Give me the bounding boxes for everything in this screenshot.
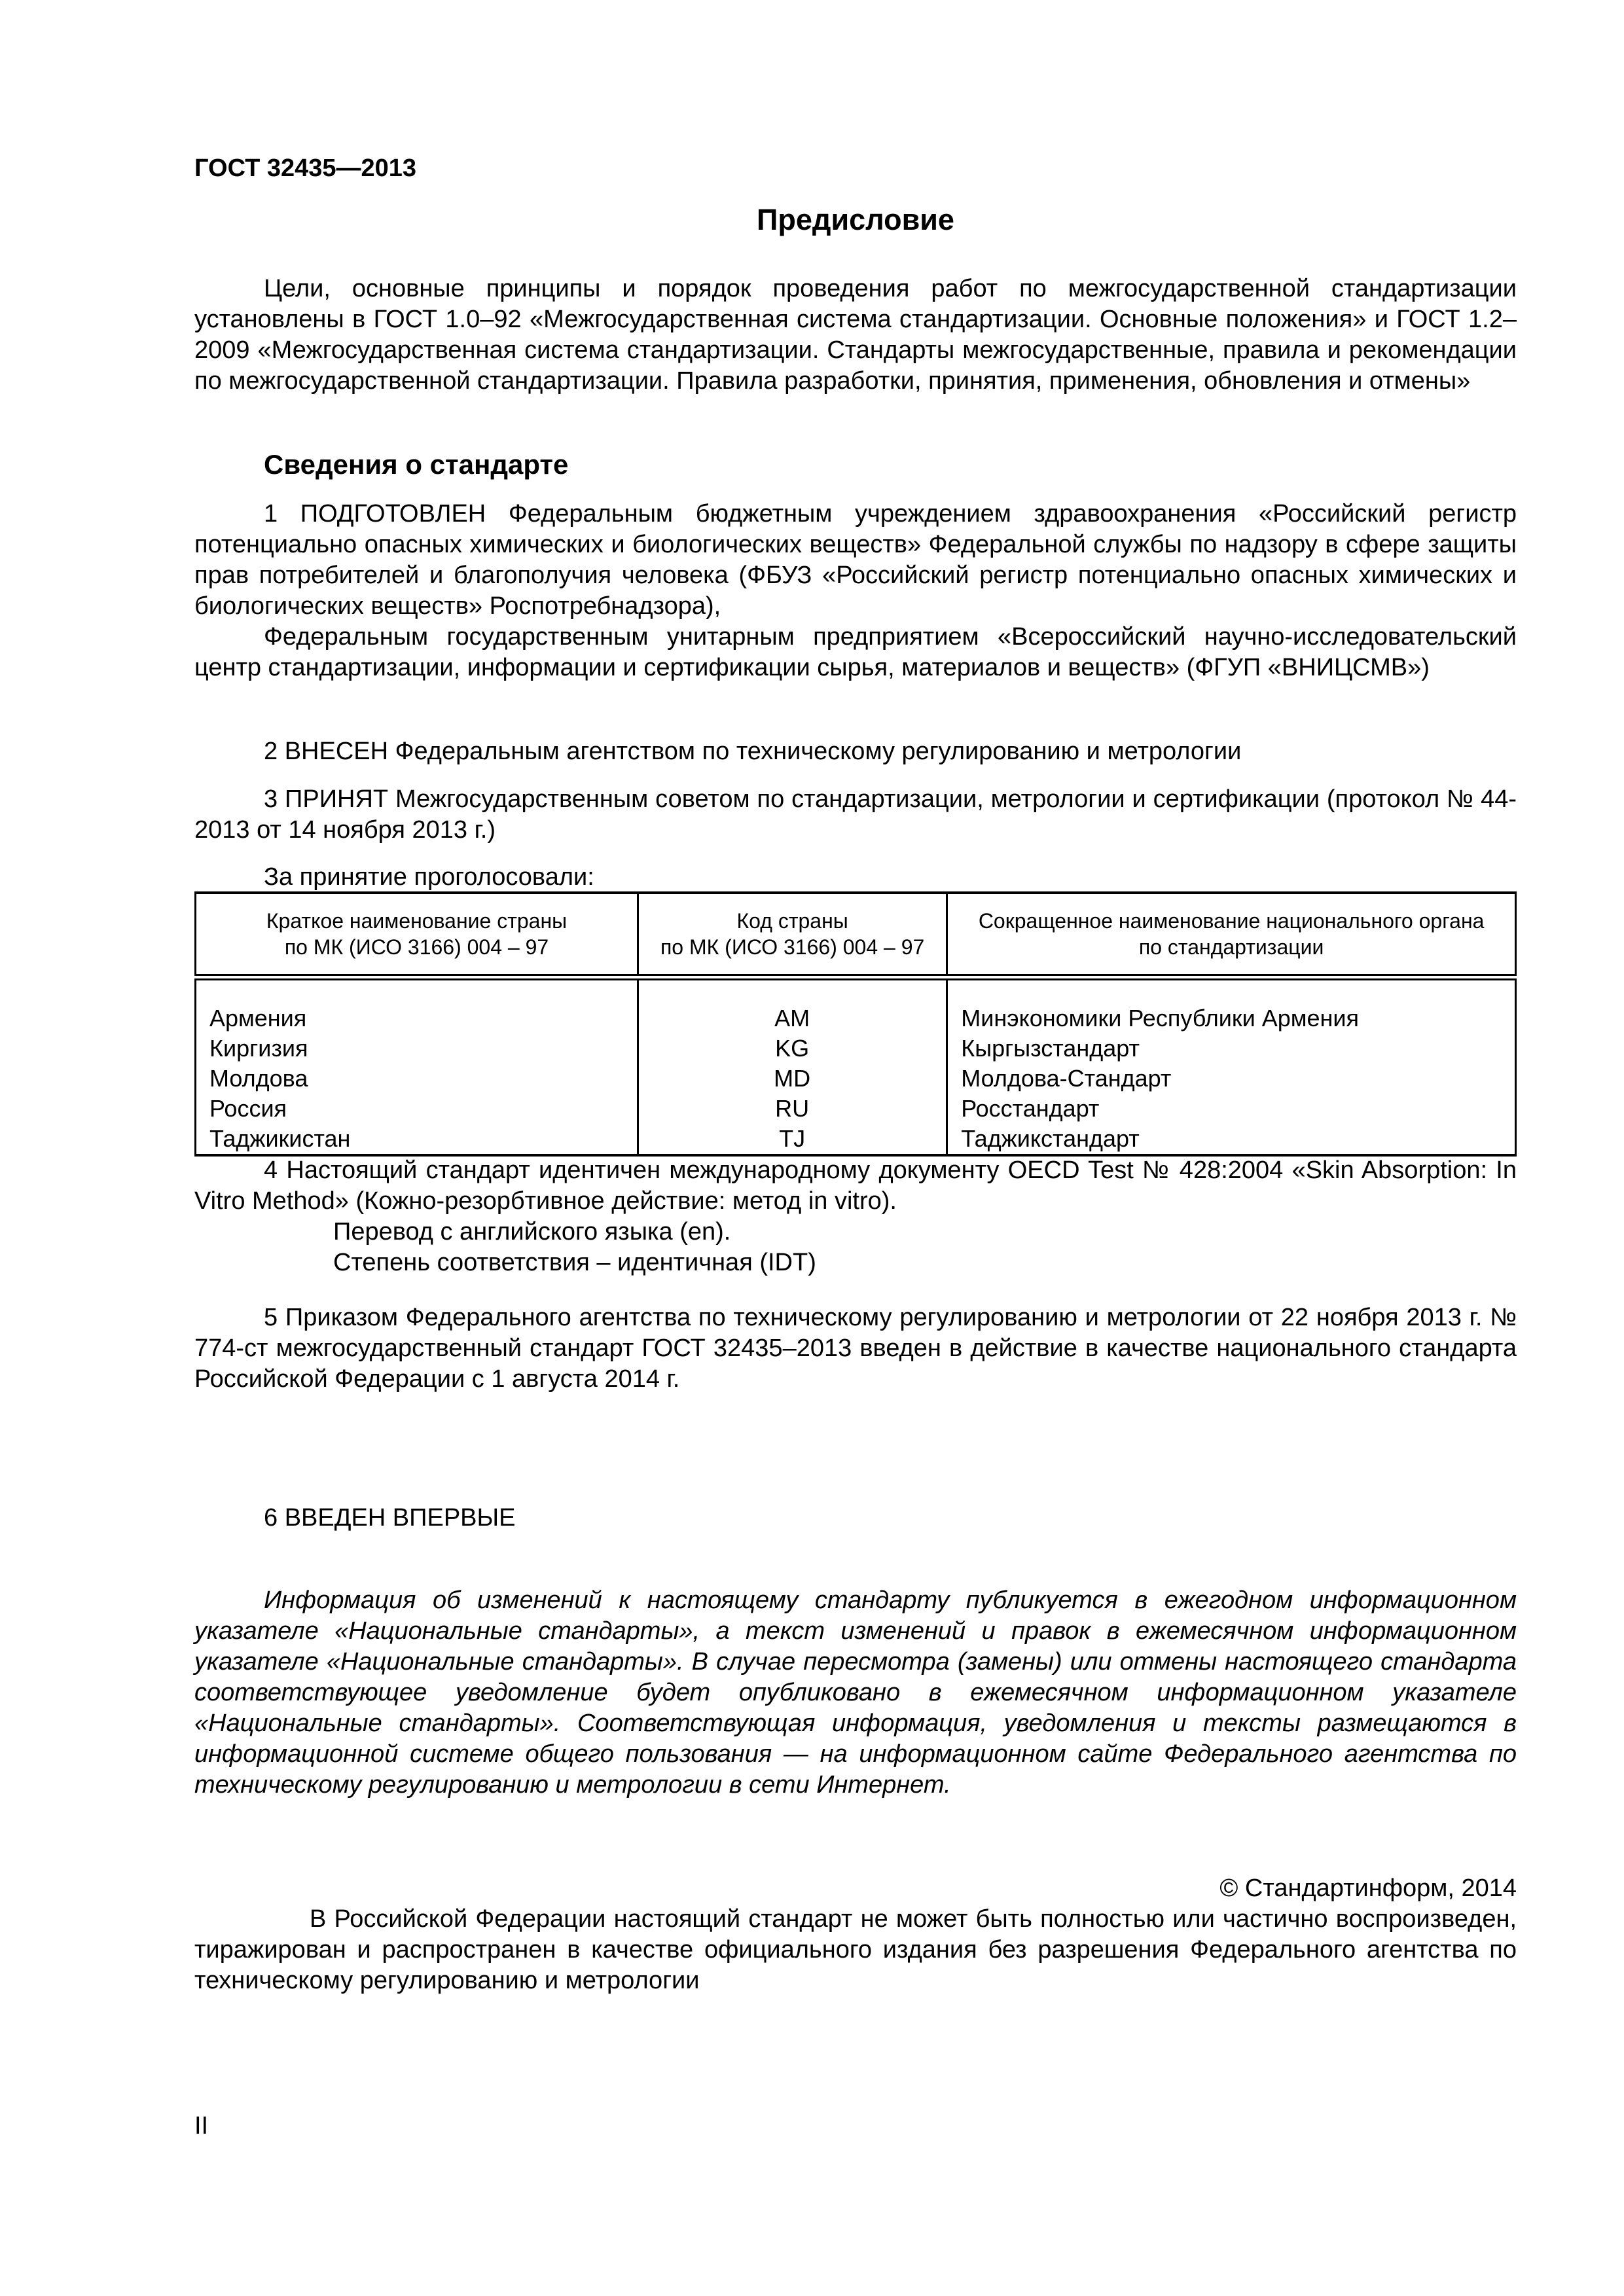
prepared-paragraph-1: 1 ПОДГОТОВЛЕН Федеральным бюджетным учре… — [194, 499, 1517, 622]
table-header-row: Краткое наименование страныпо МК (ИСО 31… — [196, 893, 1516, 977]
table-row: Россия RU Росстандарт — [196, 1094, 1516, 1124]
header-country-code: Код страныпо МК (ИСО 3166) 004 – 97 — [638, 893, 947, 977]
country-name: Молдова — [196, 1064, 638, 1094]
item-order: 5 Приказом Федерального агентства по тех… — [194, 1302, 1517, 1395]
copyright-line: © Стандартинформ, 2014 — [194, 1873, 1517, 1904]
national-body: Кыргызстандарт — [947, 1033, 1516, 1064]
table-row: Молдова MD Молдова-Стандарт — [196, 1064, 1516, 1094]
conformity-line: Степень соответствия – идентичная (IDT) — [194, 1247, 1517, 1278]
item-introduced: 2 ВНЕСЕН Федеральным агентством по техни… — [194, 736, 1517, 767]
country-name: Россия — [196, 1094, 638, 1124]
country-code: AM — [638, 977, 947, 1033]
item-identical: 4 Настоящий стандарт идентичен междунаро… — [194, 1155, 1517, 1278]
country-name: Киргизия — [196, 1033, 638, 1064]
document-code: ГОСТ 32435—2013 — [194, 154, 416, 183]
page-title: Предисловие — [194, 203, 1517, 237]
section-heading: Сведения о стандарте — [194, 449, 1517, 480]
prepared-paragraph-2: Федеральным государственным унитарным пр… — [194, 622, 1517, 683]
voted-label: За принятие проголосовали: — [194, 862, 1517, 893]
copyright-section: © Стандартинформ, 2014 В Российской Феде… — [194, 1873, 1517, 1996]
item-adopted: 3 ПРИНЯТ Межгосударственным советом по с… — [194, 784, 1517, 846]
info-heading: Сведения о стандарте — [194, 449, 1517, 480]
adopted-paragraph: 3 ПРИНЯТ Межгосударственным советом по с… — [194, 784, 1517, 846]
country-code: MD — [638, 1064, 947, 1094]
voted-label-block: За принятие проголосовали: — [194, 862, 1517, 893]
table-row: Армения AM Минэкономики Республики Армен… — [196, 977, 1516, 1033]
country-code: TJ — [638, 1124, 947, 1155]
order-paragraph: 5 Приказом Федерального агентства по тех… — [194, 1302, 1517, 1395]
national-body: Минэкономики Республики Армения — [947, 977, 1516, 1033]
notice-paragraph: Информация об изменений к настоящему ста… — [194, 1585, 1517, 1801]
country-code: RU — [638, 1094, 947, 1124]
country-name: Таджикистан — [196, 1124, 638, 1155]
identical-paragraph: 4 Настоящий стандарт идентичен междунаро… — [194, 1155, 1517, 1217]
reproduction-paragraph: В Российской Федерации настоящий стандар… — [194, 1904, 1517, 1996]
national-body: Молдова-Стандарт — [947, 1064, 1516, 1094]
votes-table-block: Краткое наименование страныпо МК (ИСО 31… — [194, 891, 1517, 1157]
table-row: Таджикистан TJ Таджикстандарт — [196, 1124, 1516, 1155]
header-country-name: Краткое наименование страныпо МК (ИСО 31… — [196, 893, 638, 977]
intro-section: Цели, основные принципы и порядок провед… — [194, 274, 1517, 397]
introduced-paragraph: 2 ВНЕСЕН Федеральным агентством по техни… — [194, 736, 1517, 767]
translation-line: Перевод с английского языка (en). — [194, 1217, 1517, 1247]
national-body: Таджикстандарт — [947, 1124, 1516, 1155]
page-number: II — [194, 2112, 208, 2140]
notice-section: Информация об изменений к настоящему ста… — [194, 1585, 1517, 1801]
national-body: Росстандарт — [947, 1094, 1516, 1124]
intro-paragraph: Цели, основные принципы и порядок провед… — [194, 274, 1517, 397]
table-row: Киргизия KG Кыргызстандарт — [196, 1033, 1516, 1064]
first-time-paragraph: 6 ВВЕДЕН ВПЕРВЫЕ — [194, 1503, 1517, 1534]
country-code: KG — [638, 1033, 947, 1064]
votes-table: Краткое наименование страныпо МК (ИСО 31… — [194, 891, 1517, 1157]
item-first-time: 6 ВВЕДЕН ВПЕРВЫЕ — [194, 1503, 1517, 1534]
country-name: Армения — [196, 977, 638, 1033]
item-prepared: 1 ПОДГОТОВЛЕН Федеральным бюджетным учре… — [194, 499, 1517, 683]
header-national-body: Сокращенное наименование национального о… — [947, 893, 1516, 977]
